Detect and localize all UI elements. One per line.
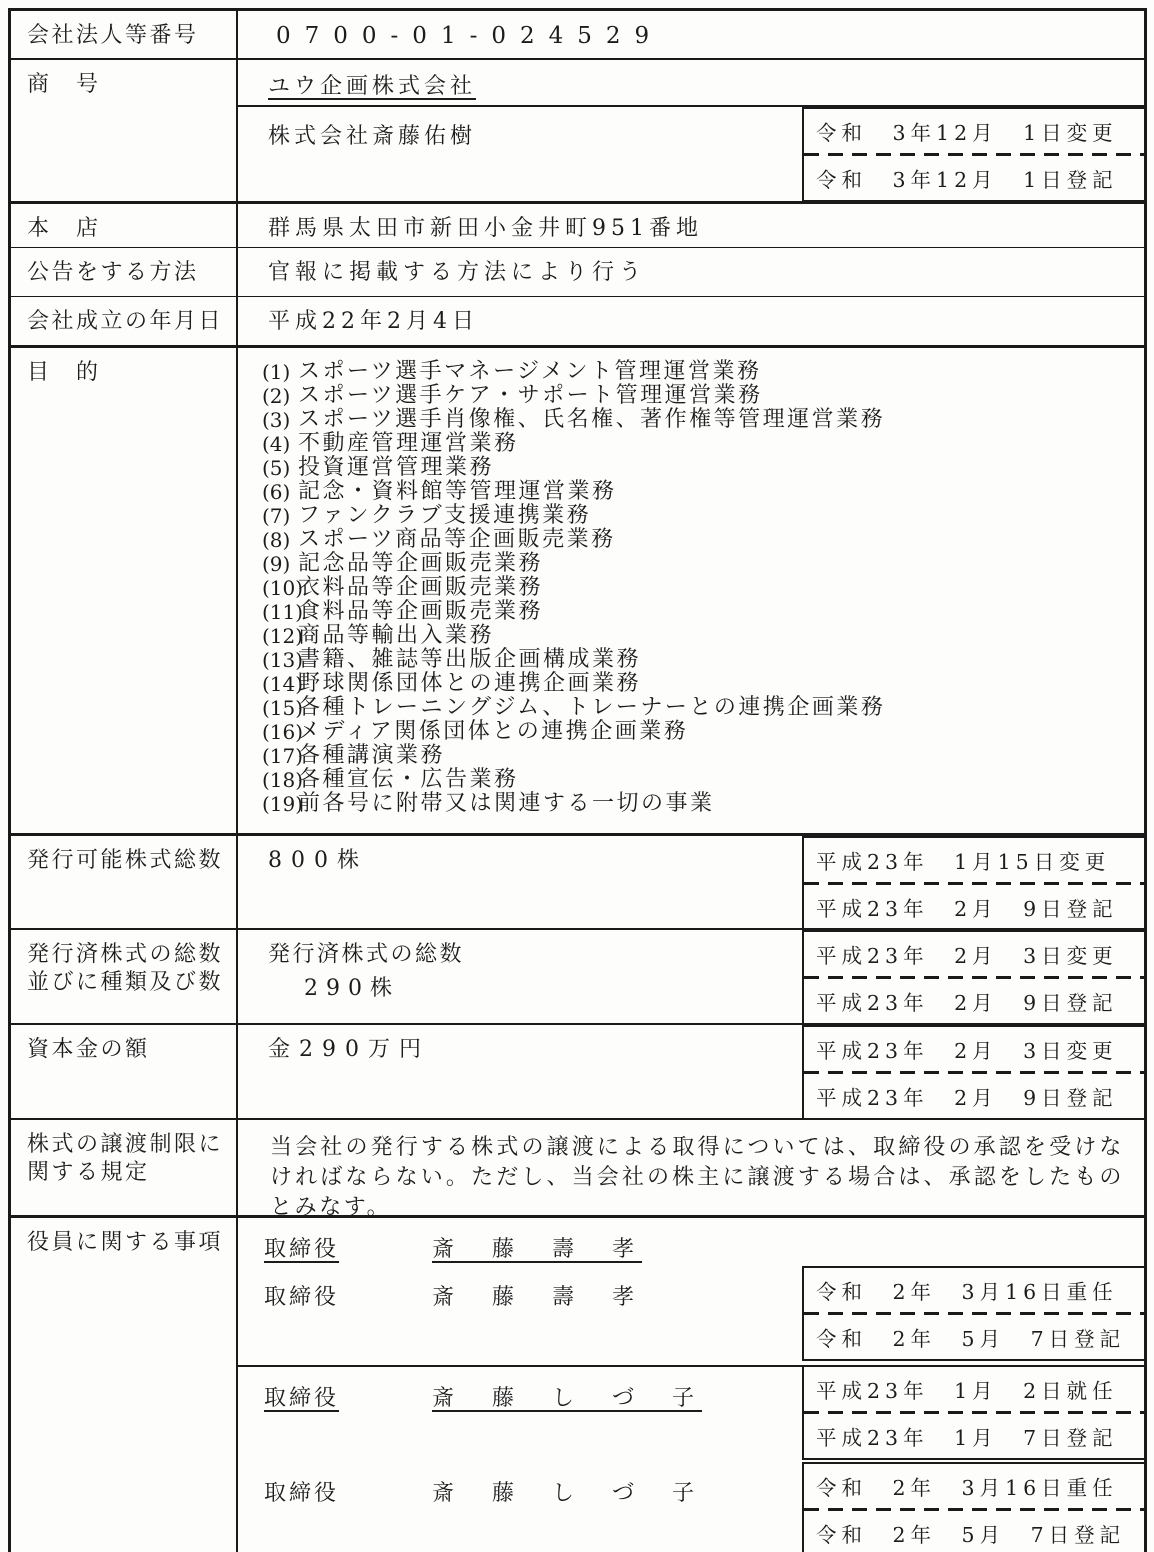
- purpose-item-text: メディア関係団体との連携企画業務: [298, 720, 688, 744]
- purpose-item-number: (13): [238, 648, 298, 672]
- transfer-restriction-label-line1: 株式の譲渡制限に: [27, 1131, 236, 1159]
- purpose-item: (2)スポーツ選手ケア・サポート管理運営業務: [238, 384, 1144, 408]
- public-notice-label: 公告をする方法: [11, 248, 238, 296]
- registration-date-cell: 令和 3年12月 1日登記: [804, 156, 1144, 200]
- authorized-shares-cell: 800株 平成23年 1月15日変更 平成23年 2月 9日登記: [238, 836, 1144, 928]
- capital-cell: 金290万円 平成23年 2月 3日変更 平成23年 2月 9日登記: [238, 1025, 1144, 1118]
- registry-table: 会社法人等番号 0700-01-024529 商 号 ユウ企画株式会社 株式会社…: [8, 8, 1147, 1552]
- purpose-item-number: (9): [238, 552, 298, 576]
- purpose-item-text: 記念・資料館等管理運営業務: [298, 480, 617, 504]
- change-date-cell: 令和 3年12月 1日変更: [804, 109, 1144, 153]
- purpose-label: 目 的: [11, 348, 238, 833]
- registration-date-cell: 令和 2年 5月 7日登記: [804, 1511, 1144, 1552]
- purpose-item: (6)記念・資料館等管理運営業務: [238, 480, 1144, 504]
- purpose-item-number: (19): [238, 792, 298, 816]
- purpose-item: (14)野球関係団体との連携企画業務: [238, 672, 1144, 696]
- purpose-item-text: 商品等輸出入業務: [298, 624, 494, 648]
- transfer-restriction-label: 株式の譲渡制限に 関する規定: [11, 1120, 238, 1215]
- change-date-cell: 平成23年 1月15日変更: [804, 838, 1144, 882]
- purpose-item-text: スポーツ選手ケア・サポート管理運営業務: [298, 384, 763, 408]
- row-authorized-shares: 発行可能株式総数 800株 平成23年 1月15日変更 平成23年 2月 9日登…: [11, 833, 1144, 928]
- purpose-item-text: スポーツ選手マネージメント管理運営業務: [298, 360, 762, 384]
- transfer-restriction-cell: 当会社の発行する株式の譲渡による取得については、取締役の承認を受けなければならな…: [238, 1120, 1144, 1215]
- purpose-item-number: (2): [238, 384, 298, 408]
- row-issued-shares: 発行済株式の総数 並びに種類及び数 発行済株式の総数 290株 平成23年 2月…: [11, 928, 1144, 1023]
- purpose-item: (13)書籍、雑誌等出版企画構成業務: [238, 648, 1144, 672]
- registration-date-cell: 平成23年 2月 9日登記: [804, 885, 1144, 929]
- purpose-item-number: (12): [238, 624, 298, 648]
- authorized-shares-date-box: 平成23年 1月15日変更 平成23年 2月 9日登記: [802, 836, 1144, 931]
- purpose-item-text: 書籍、雑誌等出版企画構成業務: [298, 648, 641, 672]
- purpose-cell: (1)スポーツ選手マネージメント管理運営業務 (2)スポーツ選手ケア・サポート管…: [238, 348, 1144, 833]
- purpose-item: (17)各種講演業務: [238, 744, 1144, 768]
- purpose-item: (12)商品等輸出入業務: [238, 624, 1144, 648]
- officers-label: 役員に関する事項: [11, 1218, 238, 1552]
- reappointment-date-cell: 令和 2年 3月16日重任: [804, 1268, 1144, 1312]
- change-date-cell: 平成23年 2月 3日変更: [804, 1027, 1144, 1071]
- officer-date-box: 令和 2年 3月16日重任 令和 2年 5月 7日登記: [802, 1266, 1144, 1361]
- purpose-item-text: 前各号に附帯又は関連する一切の事業: [298, 792, 715, 816]
- issued-shares-label: 発行済株式の総数 並びに種類及び数: [11, 930, 238, 1023]
- officers-cell: 取締役斎 藤 壽 孝 取締役斎 藤 壽 孝 令和 2年 3月16日重任 令和 2…: [238, 1218, 1144, 1552]
- officer-entry: 取締役斎 藤 し づ 子 令和 2年 3月16日重任 令和 2年 5月 7日登記: [238, 1462, 1144, 1552]
- officer-title: 取締役: [264, 1381, 432, 1412]
- former-trade-name-line: ユウ企画株式会社: [238, 60, 1144, 105]
- appointment-date-cell: 平成23年 1月 2日就任: [804, 1367, 1144, 1411]
- officer-title: 取締役: [264, 1280, 432, 1311]
- purpose-item-text: 衣料品等企画販売業務: [298, 576, 543, 600]
- purpose-item: (18)各種宣伝・広告業務: [238, 768, 1144, 792]
- purpose-item: (15)各種トレーニングジム、トレーナーとの連携企画業務: [238, 696, 1144, 720]
- officer-line: 取締役斎 藤 壽 孝: [238, 1218, 1144, 1263]
- registration-date-cell: 令和 2年 5月 7日登記: [804, 1315, 1144, 1359]
- trade-name-date-box: 令和 3年12月 1日変更 令和 3年12月 1日登記: [802, 107, 1144, 202]
- registration-date-cell: 平成23年 2月 9日登記: [804, 979, 1144, 1023]
- purpose-item-number: (3): [238, 408, 298, 432]
- officer-date-box: 平成23年 1月 2日就任 平成23年 1月 7日登記: [802, 1367, 1144, 1460]
- purpose-item-text: スポーツ商品等企画販売業務: [298, 528, 616, 552]
- row-incorporation-date: 会社成立の年月日 平成22年2月4日: [11, 296, 1144, 345]
- officer-title: 取締役: [264, 1476, 432, 1507]
- capital-label: 資本金の額: [11, 1025, 238, 1118]
- purpose-item-number: (14): [238, 672, 298, 696]
- row-trade-name: 商 号 ユウ企画株式会社 株式会社斎藤佑樹 令和 3年12月 1日変更 令和 3…: [11, 58, 1144, 201]
- purpose-item-text: 記念品等企画販売業務: [298, 552, 543, 576]
- purpose-item-number: (10): [238, 576, 298, 600]
- purpose-item-text: 不動産管理運営業務: [298, 432, 519, 456]
- purpose-item: (5)投資運営管理業務: [238, 456, 1144, 480]
- issued-shares-label-line1: 発行済株式の総数: [27, 941, 236, 969]
- purpose-item-text: 各種講演業務: [298, 744, 445, 768]
- purpose-item-text: 各種宣伝・広告業務: [298, 768, 519, 792]
- change-date-cell: 平成23年 2月 3日変更: [804, 932, 1144, 976]
- row-public-notice: 公告をする方法 官報に掲載する方法により行う: [11, 247, 1144, 296]
- former-trade-name: ユウ企画株式会社: [268, 74, 476, 99]
- capital-date-box: 平成23年 2月 3日変更 平成23年 2月 9日登記: [802, 1025, 1144, 1120]
- purpose-list: (1)スポーツ選手マネージメント管理運営業務 (2)スポーツ選手ケア・サポート管…: [238, 348, 1144, 816]
- row-corporate-number: 会社法人等番号 0700-01-024529: [11, 11, 1144, 58]
- purpose-item-text: 食料品等企画販売業務: [298, 600, 543, 624]
- incorporation-date-value: 平成22年2月4日: [238, 297, 1144, 336]
- purpose-item-text: 各種トレーニングジム、トレーナーとの連携企画業務: [298, 696, 885, 720]
- officer-name: 斎 藤 し づ 子: [432, 1386, 702, 1411]
- head-office-label: 本 店: [11, 204, 238, 247]
- purpose-item-number: (8): [238, 528, 298, 552]
- reappointment-date-cell: 令和 2年 3月16日重任: [804, 1464, 1144, 1508]
- officer-name: 斎 藤 壽 孝: [432, 1285, 642, 1310]
- officer-name: 斎 藤 壽 孝: [432, 1237, 642, 1262]
- corporate-registry-document: 会社法人等番号 0700-01-024529 商 号 ユウ企画株式会社 株式会社…: [0, 0, 1154, 1552]
- purpose-item-number: (1): [238, 360, 298, 384]
- purpose-item: (3)スポーツ選手肖像権、氏名権、著作権等管理運営業務: [238, 408, 1144, 432]
- transfer-restriction-text: 当会社の発行する株式の譲渡による取得については、取締役の承認を受けなければならな…: [238, 1120, 1144, 1223]
- public-notice-cell: 官報に掲載する方法により行う: [238, 248, 1144, 296]
- officer-entry-former: 取締役斎 藤 し づ 子 平成23年 1月 2日就任 平成23年 1月 7日登記: [238, 1365, 1144, 1462]
- registration-date-cell: 平成23年 2月 9日登記: [804, 1074, 1144, 1118]
- issued-shares-date-box: 平成23年 2月 3日変更 平成23年 2月 9日登記: [802, 930, 1144, 1025]
- purpose-item-number: (7): [238, 504, 298, 528]
- corporate-number-value: 0700-01-024529: [238, 11, 1144, 49]
- current-trade-name: 株式会社斎藤佑樹: [268, 124, 476, 149]
- purpose-item: (19)前各号に附帯又は関連する一切の事業: [238, 792, 1144, 816]
- issued-shares-label-line2: 並びに種類及び数: [27, 969, 236, 997]
- purpose-item: (4)不動産管理運営業務: [238, 432, 1144, 456]
- purpose-item: (7)ファンクラブ支援連携業務: [238, 504, 1144, 528]
- corporate-number-label: 会社法人等番号: [11, 11, 238, 58]
- purpose-item-number: (11): [238, 600, 298, 624]
- purpose-item-number: (4): [238, 432, 298, 456]
- row-officers: 役員に関する事項 取締役斎 藤 壽 孝 取締役斎 藤 壽 孝 令和 2年 3月1…: [11, 1215, 1144, 1552]
- officer-name: 斎 藤 し づ 子: [432, 1481, 702, 1506]
- officer-entry-former: 取締役斎 藤 壽 孝: [238, 1218, 1144, 1266]
- purpose-item-text: ファンクラブ支援連携業務: [298, 504, 591, 528]
- authorized-shares-label: 発行可能株式総数: [11, 836, 238, 928]
- current-trade-name-line: 株式会社斎藤佑樹 令和 3年12月 1日変更 令和 3年12月 1日登記: [238, 105, 1144, 203]
- incorporation-date-label: 会社成立の年月日: [11, 297, 238, 345]
- row-capital: 資本金の額 金290万円 平成23年 2月 3日変更 平成23年 2月 9日登記: [11, 1023, 1144, 1118]
- purpose-item-number: (17): [238, 744, 298, 768]
- purpose-item-number: (15): [238, 696, 298, 720]
- trade-name-label: 商 号: [11, 60, 238, 201]
- row-head-office: 本 店 群馬県太田市新田小金井町951番地: [11, 201, 1144, 247]
- purpose-item-text: 野球関係団体との連携企画業務: [298, 672, 641, 696]
- row-purpose: 目 的 (1)スポーツ選手マネージメント管理運営業務 (2)スポーツ選手ケア・サ…: [11, 345, 1144, 833]
- purpose-item: (16)メディア関係団体との連携企画業務: [238, 720, 1144, 744]
- purpose-item-text: 投資運営管理業務: [298, 456, 494, 480]
- incorporation-date-cell: 平成22年2月4日: [238, 297, 1144, 345]
- purpose-item: (1)スポーツ選手マネージメント管理運営業務: [238, 360, 1144, 384]
- head-office-value: 群馬県太田市新田小金井町951番地: [238, 204, 1144, 243]
- purpose-item-number: (5): [238, 456, 298, 480]
- issued-shares-cell: 発行済株式の総数 290株 平成23年 2月 3日変更 平成23年 2月 9日登…: [238, 930, 1144, 1023]
- officer-date-box: 令和 2年 3月16日重任 令和 2年 5月 7日登記: [802, 1462, 1144, 1552]
- transfer-restriction-label-line2: 関する規定: [27, 1159, 236, 1187]
- officer-title: 取締役: [264, 1232, 432, 1263]
- purpose-item-number: (16): [238, 720, 298, 744]
- row-transfer-restriction: 株式の譲渡制限に 関する規定 当会社の発行する株式の譲渡による取得については、取…: [11, 1118, 1144, 1215]
- purpose-item-number: (6): [238, 480, 298, 504]
- purpose-item: (11)食料品等企画販売業務: [238, 600, 1144, 624]
- purpose-item: (10)衣料品等企画販売業務: [238, 576, 1144, 600]
- registration-date-cell: 平成23年 1月 7日登記: [804, 1414, 1144, 1458]
- trade-name-cell: ユウ企画株式会社 株式会社斎藤佑樹 令和 3年12月 1日変更 令和 3年12月…: [238, 60, 1144, 201]
- corporate-number-cell: 0700-01-024529: [238, 11, 1144, 58]
- purpose-item-text: スポーツ選手肖像権、氏名権、著作権等管理運営業務: [298, 408, 885, 432]
- head-office-cell: 群馬県太田市新田小金井町951番地: [238, 204, 1144, 247]
- public-notice-value: 官報に掲載する方法により行う: [238, 248, 1144, 287]
- purpose-item: (8)スポーツ商品等企画販売業務: [238, 528, 1144, 552]
- purpose-item-number: (18): [238, 768, 298, 792]
- officer-entry: 取締役斎 藤 壽 孝 令和 2年 3月16日重任 令和 2年 5月 7日登記: [238, 1266, 1144, 1365]
- purpose-item: (9)記念品等企画販売業務: [238, 552, 1144, 576]
